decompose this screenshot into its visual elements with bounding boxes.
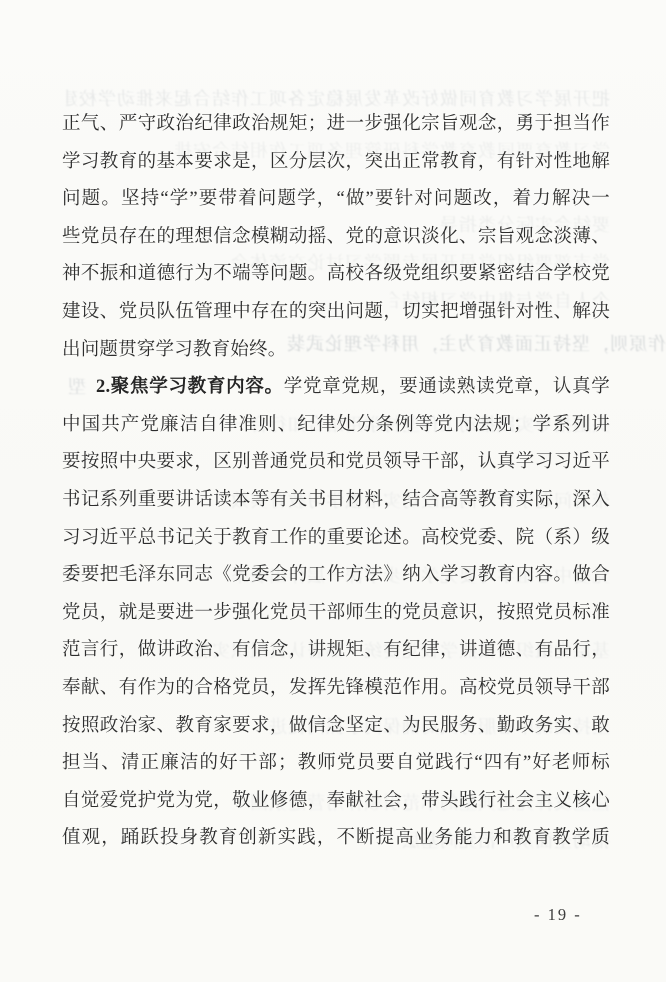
text-line: 范言行，做讲政治、有信念，讲规矩、有纪律，讲道德、有品行，讲 xyxy=(62,632,610,670)
text-line: 担当、清正廉洁的好干部；教师党员要自觉践行“四有”好老师标准， xyxy=(62,745,610,783)
text-line: 学习教育的基本要求是，区分层次，突出正常教育，有针对性地解决 xyxy=(62,144,610,182)
text-line: 要按照中央要求，区别普通党员和党员领导干部，认真学习习近平总 xyxy=(62,444,610,482)
paragraph-heading: 2.聚焦学习教育内容。 xyxy=(96,377,284,397)
page-number: - 19 - xyxy=(534,905,582,925)
text-line: 神不振和道德行为不端等问题。高校各级党组织要紧密结合学校党的 xyxy=(62,256,610,294)
text-line: 2.聚焦学习教育内容。学党章党规，要通读熟读党章，认真学习 xyxy=(62,369,610,407)
text-line: 自觉爱党护党为党，敬业修德，奉献社会，带头践行社会主义核心价 xyxy=(62,783,610,821)
text-line: 些党员存在的理想信念模糊动摇、党的意识淡化、宗旨观念淡薄、精 xyxy=(62,219,610,257)
text-line: 问题。坚持“学”要带着问题学，“做”要针对问题改，着力解决一 xyxy=(62,181,610,219)
text-line: 正气、严守政治纪律政治规矩；进一步强化宗旨观念，勇于担当作为。 xyxy=(62,106,610,144)
text-line: 值观，踊跃投身教育创新实践，不断提高业务能力和教育教学质量， xyxy=(62,820,610,858)
text-line: 建设、党员队伍管理中存在的突出问题，切实把增强针对性、解决突 xyxy=(62,294,610,332)
text-line: 书记系列重要讲话读本等有关书目材料，结合高等教育实际，深入学 xyxy=(62,482,610,520)
document-text-block: 正气、严守政治纪律政治规矩；进一步强化宗旨观念，勇于担当作为。学习教育的基本要求… xyxy=(62,106,610,858)
text-line: 按照政治家、教育家要求，做信念坚定、为民服务、勤政务实、敢于 xyxy=(62,708,610,746)
scanned-document-page: 把开展学习教育同做好改革发展稳定各项工作结合起来推动学校建设学习教育要同教育教学… xyxy=(0,0,666,982)
text-line: 出问题贯穿学习教育始终。 xyxy=(62,332,610,370)
text-line: 奉献、有作为的合格党员，发挥先锋模范作用。高校党员领导干部要 xyxy=(62,670,610,708)
text-line: 中国共产党廉洁自律准则、纪律处分条例等党内法规；学系列讲话， xyxy=(62,407,610,445)
text-line: 习习近平总书记关于教育工作的重要论述。高校党委、院（系）级党 xyxy=(62,520,610,558)
text-line: 党员，就是要进一步强化党员干部师生的党员意识，按照党员标准规 xyxy=(62,595,610,633)
text-line: 委要把毛泽东同志《党委会的工作方法》纳入学习教育内容。做合格 xyxy=(62,557,610,595)
